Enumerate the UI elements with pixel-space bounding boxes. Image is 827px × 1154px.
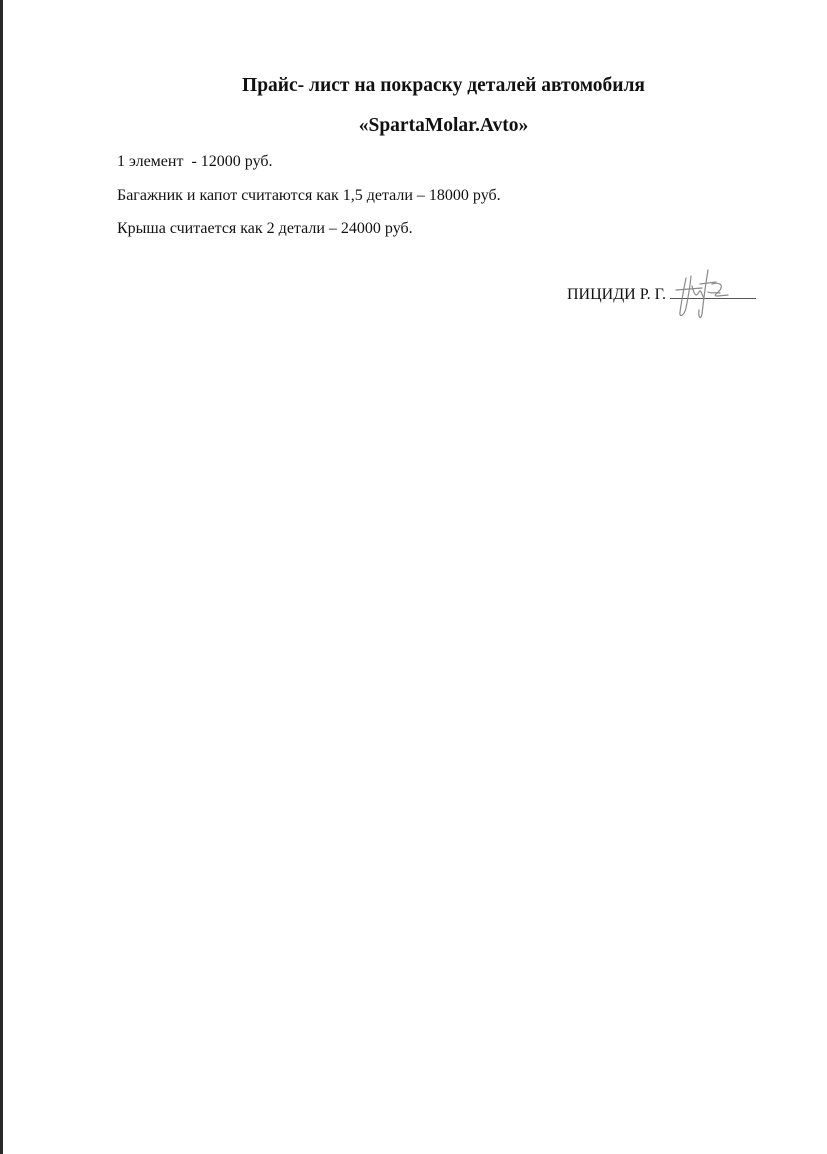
handwritten-signature-icon [672, 268, 734, 322]
document-title: Прайс- лист на покраску деталей автомоби… [30, 74, 827, 98]
signer-name: ПИЦИДИ Р. Г. [567, 285, 666, 305]
price-item: 1 элемент - 12000 руб. [117, 152, 273, 172]
price-item: Багажник и капот считаются как 1,5 детал… [117, 186, 501, 206]
signature-block: ПИЦИДИ Р. Г. [567, 284, 756, 305]
company-name: «SpartaMolar.Avto» [30, 114, 827, 138]
price-item: Крыша считается как 2 детали – 24000 руб… [117, 219, 413, 239]
page-edge-border [0, 0, 3, 1154]
signature-line [670, 284, 756, 299]
